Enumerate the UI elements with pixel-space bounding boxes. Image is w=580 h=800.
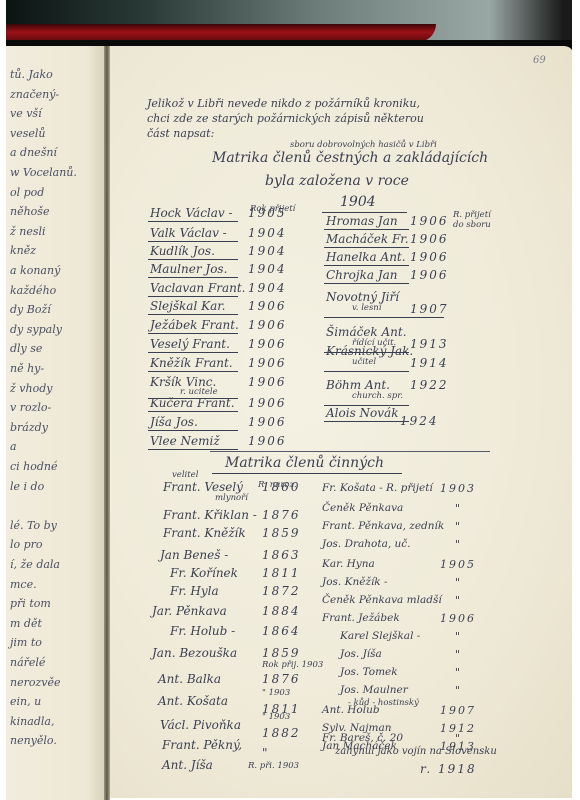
left-page-text-line: m dět <box>10 617 42 630</box>
founder-year: 1906 <box>410 232 449 246</box>
section-divider <box>210 451 490 452</box>
left-page-text-line: ně hy- <box>10 362 44 375</box>
member-name: Frant. Pěkný, <box>162 738 242 752</box>
name-underline <box>148 352 238 353</box>
member-name: Jos. Drahota, uč. <box>322 538 411 550</box>
member-year: " <box>455 520 462 533</box>
founder-name: Veselý Frant. <box>150 337 230 351</box>
left-page-text-line: dly se <box>10 342 42 355</box>
active-heading-underline <box>212 473 402 474</box>
name-underline <box>148 259 238 260</box>
name-underline <box>148 314 238 315</box>
member-name: Ant. Jíša <box>162 758 213 772</box>
left-page-text-line: ein, u <box>10 695 41 708</box>
member-year: " <box>455 648 462 661</box>
member-year: 1882 <box>262 726 301 740</box>
left-page-text-line: lo pro <box>10 538 43 551</box>
intro-line-2: chci zde ze starých požárnických zápisů … <box>147 112 424 125</box>
member-name: Fr. Hyla <box>170 584 219 598</box>
founder-name: Novotný Jiří <box>326 290 399 304</box>
member-name: Kar. Hyna <box>322 558 375 570</box>
name-underline <box>324 229 409 230</box>
name-underline <box>324 247 409 248</box>
member-name: Frant. Kněžík <box>163 526 246 540</box>
left-page-text-line: ž vhody <box>10 382 52 395</box>
left-page-text-line: mce. <box>10 578 37 591</box>
founder-name: Maulner Jos. <box>150 262 227 276</box>
member-year: 1811 <box>262 566 301 580</box>
member-year: 1903 <box>440 482 476 495</box>
member-year: 1863 <box>262 548 301 562</box>
founder-name: Hanelka Ant. <box>326 250 406 264</box>
member-name: Jos. Tomek <box>340 666 398 678</box>
heading-founded-in: byla založena v roce <box>265 173 409 189</box>
member-name: Jos. Jíša <box>340 648 382 660</box>
left-page-text-line: lé. To by <box>10 519 57 532</box>
footnote-line-1: zahynul jako vojín na Slovensku <box>335 746 497 757</box>
member-name: Čeněk Pěnkava <box>322 502 403 514</box>
intro-line-1: Jelikož v Libři nevede nikdo z požárníků… <box>147 97 420 110</box>
heading-honorary-members: Matrika členů čestných a zakládajících <box>212 150 488 166</box>
founder-year: 1906 <box>248 434 287 448</box>
founder-year: 1906 <box>248 396 287 410</box>
member-name: Jar. Pěnkava <box>152 604 227 618</box>
member-year: " <box>455 732 462 745</box>
founder-year: 1906 <box>410 268 449 282</box>
founder-name: Jíša Jos. <box>150 415 198 429</box>
member-name: Čeněk Pěnkava mladší <box>322 594 442 606</box>
left-page-text-line: nenyělo. <box>10 734 57 747</box>
footnote-line-2: r. 1918 <box>420 762 477 776</box>
left-page-text-line: dy sypaly <box>10 323 62 336</box>
founder-name: Vlee Nemiž <box>150 434 220 448</box>
founder-year: 1906 <box>248 415 287 429</box>
left-page-text-line: í, že dala <box>10 558 60 571</box>
name-underline <box>148 241 238 242</box>
founders-right-note: R. přijetí do sboru <box>453 210 498 230</box>
member-name: Jos. Maulner <box>340 684 408 696</box>
member-name: Frant. Křiklan - <box>163 508 257 522</box>
name-underline <box>148 296 238 297</box>
left-page-text-line: ž nesli <box>10 225 46 238</box>
name-underline <box>324 317 444 318</box>
name-underline <box>148 221 238 222</box>
name-underline <box>148 411 238 412</box>
founder-year: 1906 <box>410 250 449 264</box>
name-underline <box>148 449 238 450</box>
member-name: Václ. Pivoňka <box>160 718 241 732</box>
name-underline <box>324 265 409 266</box>
left-page-text-line: veselů <box>10 127 45 140</box>
left-page-text-line: jim to <box>10 636 42 649</box>
left-page-text-line: brázdy <box>10 421 48 434</box>
founder-note: učitel <box>352 357 376 367</box>
left-page-text-line: w Vocelanů. <box>10 166 77 179</box>
left-page: tů. Jakoznačený-ve všíveselůa dnešníw Vo… <box>6 46 106 800</box>
left-page-text-line: nářelé <box>10 656 45 669</box>
member-name: Frant. Veselý <box>163 480 243 494</box>
founder-name: Hromas Jan <box>326 214 398 228</box>
founder-name: Slejškal Kar. <box>150 299 225 313</box>
founder-name: Hock Václav - <box>150 206 233 220</box>
member-year: 1864 <box>262 624 301 638</box>
member-note: " 1903 <box>262 688 290 698</box>
member-year: " <box>455 630 462 643</box>
founder-name: Šimáček Ant. <box>326 325 407 339</box>
founder-year: 1906 <box>248 375 287 389</box>
left-page-text-line: značený- <box>10 88 59 101</box>
year-underline <box>322 212 407 213</box>
member-note: " 1903 <box>262 712 290 722</box>
founder-year: 1907 <box>410 302 449 316</box>
member-year: " <box>262 746 270 760</box>
member-name: Ant. Košata <box>158 694 228 708</box>
founder-name: Macháček Fr. <box>326 232 409 246</box>
founder-name: Valk Václav - <box>150 226 227 240</box>
founder-year: 1905 <box>248 206 287 220</box>
left-page-text-line: ol pod <box>10 186 44 199</box>
founder-year: 1904 <box>248 281 287 295</box>
left-page-text-line: při tom <box>10 597 51 610</box>
member-year: " <box>455 666 462 679</box>
active-commander-note: velitel <box>172 470 198 480</box>
member-year: " <box>455 538 462 551</box>
member-name: Ant. Holub <box>322 704 380 716</box>
left-page-text-line: kněz <box>10 244 36 257</box>
name-underline <box>148 333 238 334</box>
name-underline <box>148 430 238 431</box>
founder-year: 1906 <box>248 318 287 332</box>
heading-active-members: Matrika členů činných <box>225 455 384 471</box>
founder-name: Ježábek Frant. <box>150 318 239 332</box>
member-name: Jan. Bezouška <box>152 646 237 660</box>
member-name: Fr. Košata - R. přijetí <box>322 482 433 494</box>
member-name: Jan Beneš - <box>160 548 228 562</box>
founder-name: Kudlík Jos. <box>150 244 215 258</box>
founder-year: 1913 <box>410 337 449 351</box>
founder-year: 1904 <box>248 244 287 258</box>
intro-line-3: část napsat: <box>147 127 214 140</box>
member-name: Frant. Ježábek <box>322 612 400 624</box>
founder-note: church. spr. <box>352 391 403 401</box>
member-name: Jos. Kněžík - <box>322 576 388 588</box>
member-year: 1859 <box>262 646 301 660</box>
founder-year: 1906 <box>248 356 287 370</box>
founder-name: Böhm Ant. <box>326 378 390 392</box>
left-page-text-line: le i do <box>10 480 44 493</box>
founder-year: 1906 <box>248 299 287 313</box>
founder-name: Kučera Frant. <box>150 396 235 410</box>
member-year: 1876 <box>262 508 301 522</box>
member-name: Karel Slejškal - <box>340 630 420 642</box>
founder-note: v. lesní <box>352 303 382 313</box>
name-underline <box>148 371 238 372</box>
founder-name: Alois Novák <box>326 406 398 420</box>
member-name: Frant. Pěnkava, zedník <box>322 520 444 532</box>
left-page-text-line: kinadla, <box>10 715 54 728</box>
member-name: Fr. Kořínek <box>170 566 238 580</box>
left-page-text-line: něhoše <box>10 205 49 218</box>
founder-year: 1904 <box>248 262 287 276</box>
founder-name: Vaclavan Frant. <box>150 281 246 295</box>
member-year: 1859 <box>262 526 301 540</box>
heading-superscript: sboru dobrovolných hasičů v Libři <box>290 140 437 150</box>
left-page-text-line: a konaný <box>10 264 60 277</box>
member-year: 1872 <box>262 584 301 598</box>
founder-year: 1922 <box>410 378 449 392</box>
name-underline <box>324 371 409 372</box>
member-year: " <box>455 576 462 589</box>
name-underline <box>148 277 238 278</box>
member-year: 1905 <box>440 558 476 571</box>
member-year: " <box>455 502 462 515</box>
member-name: Fr. Holub - <box>170 624 235 638</box>
left-page-text-line: dy Boží <box>10 303 51 316</box>
left-page-text-line: každého <box>10 284 56 297</box>
name-underline <box>324 283 409 284</box>
left-page-text-line: a <box>10 440 17 453</box>
founder-name: Chrojka Jan <box>326 268 398 282</box>
member-year: " <box>455 684 462 697</box>
left-page-text-line: a dnešní <box>10 146 57 159</box>
right-margin <box>572 0 580 800</box>
member-year: 1876 <box>262 672 301 686</box>
left-page-text-line: tů. Jako <box>10 68 53 81</box>
member-note: Rok přij. 1903 <box>262 660 323 670</box>
founder-name: Kněžík Frant. <box>150 356 233 370</box>
left-page-text-line: ve vší <box>10 107 42 120</box>
founder-year: 1914 <box>410 356 449 370</box>
member-year: 1884 <box>262 604 301 618</box>
left-page-text-line: v rozlo- <box>10 401 51 414</box>
left-page-text-line: ci hodné <box>10 460 58 473</box>
member-note: mlynoří <box>215 493 248 503</box>
founder-name: Krásnický Jak. <box>326 344 413 358</box>
founder-year: 1906 <box>410 214 449 228</box>
member-year: 1906 <box>440 612 476 625</box>
left-page-text-line: nerozvěe <box>10 676 61 689</box>
member-year: " <box>455 594 462 607</box>
member-name: Fr. Bareš, č. 20 <box>322 732 403 744</box>
name-underline <box>324 421 409 422</box>
member-name: Ant. Balka <box>158 672 221 686</box>
heading-year: 1904 <box>340 194 376 210</box>
member-note: R. při. 1903 <box>248 761 299 771</box>
founder-year: 1904 <box>248 226 287 240</box>
member-year: 1907 <box>440 704 476 717</box>
member-year: 1860 <box>262 480 301 494</box>
page-number: 69 <box>533 55 546 66</box>
founder-year: 1906 <box>248 337 287 351</box>
